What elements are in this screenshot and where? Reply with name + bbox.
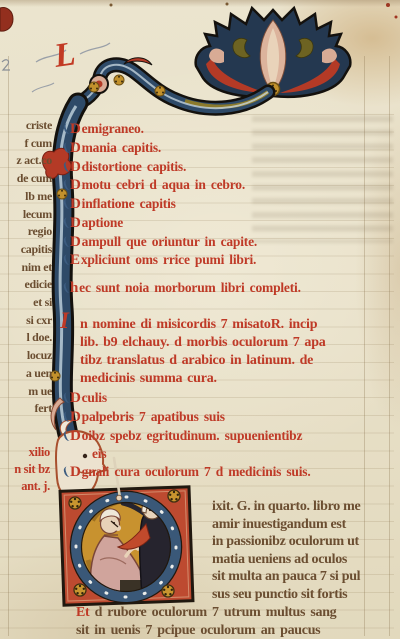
margin-fragment: de cum xyxy=(0,170,52,188)
margin-fragment-red: ant. j. xyxy=(0,478,50,495)
incipit-line: medicinis summa cura. xyxy=(80,370,326,388)
line-initial: D xyxy=(70,409,82,425)
line-text: motu cebri d aqua in cebro. xyxy=(82,177,245,192)
margin-fragment-red: xilio xyxy=(0,444,50,461)
line-initial: D xyxy=(70,234,82,250)
line-text: d rubore oculorum 7 utrum multus sang xyxy=(89,605,336,620)
margin-fragment: edicie xyxy=(0,276,52,294)
main-text-block: ixit. G. in quarto. libro meamir inuesti… xyxy=(212,498,398,603)
line-text: lecum xyxy=(23,207,52,221)
margin-fragment: et si xyxy=(0,294,52,312)
incipit-line: n nomine di misicordis 7 misatoR. incip xyxy=(80,316,326,334)
line-text: xpliciunt oms rrice pumi libri. xyxy=(81,252,256,267)
line-text: locuz xyxy=(27,348,52,362)
line-text: ant. j. xyxy=(21,479,50,493)
line-text: sit in uenis 7 pcipue oculorum an paucus xyxy=(76,623,320,638)
line-text: regio xyxy=(28,224,52,238)
line-text: sit multa an pauca 7 si pul xyxy=(212,569,360,584)
line-initial: D xyxy=(70,464,82,480)
margin-fragment: lecum xyxy=(0,206,52,224)
main-text-line: amir inuestigandum est xyxy=(212,516,398,534)
line-text: palpebris 7 apatibus suis xyxy=(82,409,225,424)
margin-fragment: regio xyxy=(0,223,52,241)
margin-fragment: nim et xyxy=(0,259,52,277)
line-text: amir inuestigandum est xyxy=(212,517,346,532)
rubric-line: eis xyxy=(92,445,311,463)
line-text: tibz translatus d arabico in latinum. de xyxy=(80,353,313,368)
main-text-line: in passionibz oculorum ut xyxy=(212,533,398,551)
margin-fragment: l doe. xyxy=(0,329,52,347)
main-text-line: matia ueniens ad oculos xyxy=(212,551,398,569)
line-text: sus seu punctio sit fortis xyxy=(212,587,347,602)
line-text: culis xyxy=(82,390,107,405)
rubric-line: Dgnali cura oculorum 7 d medicinis suis. xyxy=(70,463,311,482)
foliate-finial xyxy=(196,8,351,97)
line-text: lb me xyxy=(25,189,52,203)
line-text: lib. b9 elchauy. d morbis oculorum 7 apa xyxy=(80,335,326,350)
line-text: aptione xyxy=(82,215,123,230)
names-heading: hec sunt noia morborum libri completi. xyxy=(70,280,301,297)
rubric-line: Dculis xyxy=(70,389,311,408)
line-text: gnali cura oculorum 7 d medicinis suis. xyxy=(82,464,311,479)
rubric-line: Ddistortione capitis. xyxy=(70,158,257,177)
line-initial: D xyxy=(70,177,82,193)
margin-fragment: criste xyxy=(0,117,52,135)
margin-fragment: lb me xyxy=(0,188,52,206)
line-text: z act.co xyxy=(16,153,52,167)
rubric-list: Demigraneo.Dmania capitis.Ddistortione c… xyxy=(70,120,257,270)
rubric-line: Dinflatione capitis xyxy=(70,195,257,214)
margin-fragment: a uen xyxy=(0,365,52,383)
line-initial: D xyxy=(70,140,82,156)
line-text: ixit. G. in quarto. libro me xyxy=(212,499,360,514)
chapter-list: DculisDpalpebris 7 apatibus suisDoibz sp… xyxy=(70,389,311,482)
rubric-line: Dmania capitis. xyxy=(70,139,257,158)
line-text: xilio xyxy=(29,445,50,459)
bottom-line: sit in uenis 7 pcipue oculorum an paucus xyxy=(76,622,396,639)
line-initial: D xyxy=(70,196,82,212)
line-text: et si xyxy=(33,295,52,309)
line-text: fert xyxy=(35,401,52,415)
rubric-line: Daptione xyxy=(70,214,257,233)
line-text: f cum xyxy=(25,136,53,150)
line-initial: D xyxy=(70,390,82,406)
margin-fragment: si cxr xyxy=(0,312,52,330)
line-text: criste xyxy=(26,118,52,132)
line-text: oibz spebz egritudinum. supuenientibz xyxy=(82,428,303,443)
line-text: l doe. xyxy=(26,330,52,344)
margin-fragment: f cum xyxy=(0,135,52,153)
line-text: inflatione capitis xyxy=(82,196,176,211)
rubric-line: Dmotu cebri d aqua in cebro. xyxy=(70,176,257,195)
guide-letter: L xyxy=(51,35,78,75)
left-margin-red-fragments: xilion sit bzant. j. xyxy=(0,444,50,494)
line-text: eis xyxy=(92,446,106,461)
line-text: distortione capitis. xyxy=(82,159,187,174)
line-text: in passionibz oculorum ut xyxy=(212,534,359,549)
line-text: capitis xyxy=(21,242,52,256)
main-text-line: sit multa an pauca 7 si pul xyxy=(212,568,398,586)
incipit-line: tibz translatus d arabico in latinum. de xyxy=(80,352,326,370)
margin-fragment: z act.co xyxy=(0,152,52,170)
incipit-line: lib. b9 elchauy. d morbis oculorum 7 apa xyxy=(80,334,326,352)
bottom-text-block: Et d rubore oculorum 7 utrum multus sang… xyxy=(76,604,396,639)
line-text: n sit bz xyxy=(14,462,50,476)
margin-fragment: fert xyxy=(0,400,52,418)
line-initial: D xyxy=(70,215,82,231)
line-initial: D xyxy=(70,428,82,444)
rubric-line: Expliciunt oms rrice pumi libri. xyxy=(70,251,257,270)
line-text: emigraneo. xyxy=(82,121,144,136)
line-text: matia ueniens ad oculos xyxy=(212,552,347,567)
incipit-paragraph: I n nomine di misicordis 7 misatoR. inci… xyxy=(80,316,326,388)
line-text: m ue xyxy=(28,384,52,398)
line-text: a uen xyxy=(26,366,52,380)
line-text: mania capitis. xyxy=(82,140,161,155)
line-text: medicinis summa cura. xyxy=(80,371,217,386)
line-initial: D xyxy=(70,121,82,137)
main-text-line: ixit. G. in quarto. libro me xyxy=(212,498,398,516)
line-text: si cxr xyxy=(26,313,52,327)
line-text: ec sunt noia morborum libri completi. xyxy=(79,280,301,295)
rubric-line: Doibz spebz egritudinum. supuenientibz xyxy=(70,427,311,446)
rubric-line: Dpalpebris 7 apatibus suis xyxy=(70,408,311,427)
line-text: nim et xyxy=(21,260,52,274)
line-initial: Et xyxy=(76,605,89,620)
line-text: edicie xyxy=(24,277,52,291)
line-initial: E xyxy=(70,252,81,268)
margin-fragment: capitis xyxy=(0,241,52,259)
line-text: de cum xyxy=(17,171,52,185)
manuscript-page: L xyxy=(0,0,400,639)
left-margin-fragments: cristef cumz act.code cumlb melecumregio… xyxy=(0,117,52,418)
line-initial: h xyxy=(70,280,79,296)
main-text-line: sus seu punctio sit fortis xyxy=(212,586,398,604)
rubric-line: Dampull que oriuntur in capite. xyxy=(70,233,257,252)
line-text: n nomine di misicordis 7 misatoR. incip xyxy=(80,317,317,332)
incipit-initial: I xyxy=(60,312,69,330)
line-initial: D xyxy=(70,159,82,175)
margin-fragment: m ue xyxy=(0,383,52,401)
rubric-line: Demigraneo. xyxy=(70,120,257,139)
incipit-lines: n nomine di misicordis 7 misatoR. incipl… xyxy=(80,316,326,388)
margin-fragment: locuz xyxy=(0,347,52,365)
margin-fragment-red: n sit bz xyxy=(0,461,50,478)
bottom-line: Et d rubore oculorum 7 utrum multus sang xyxy=(76,604,396,622)
line-text: ampull que oriuntur in capite. xyxy=(82,234,257,249)
